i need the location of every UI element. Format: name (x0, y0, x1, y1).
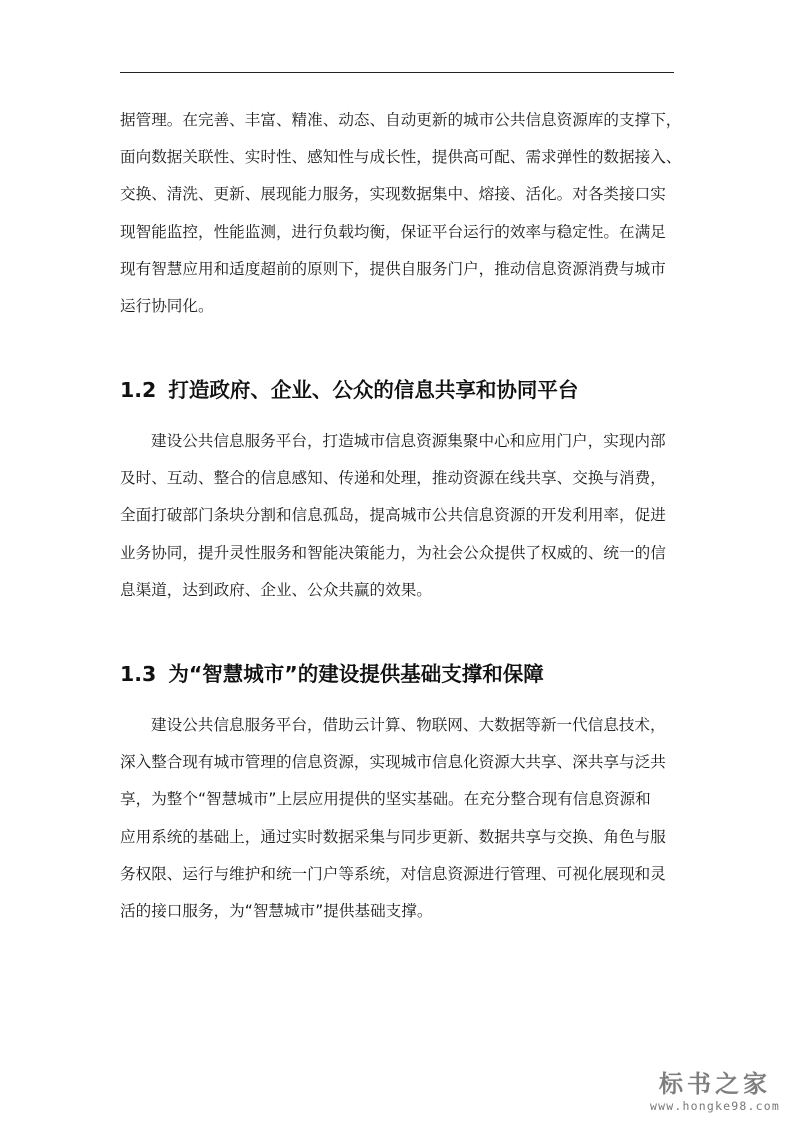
section-number: 1.2 (120, 378, 156, 402)
watermark-url: www.hongke98.com (640, 1098, 790, 1114)
text-line: 业务协同，提升灵性服务和智能决策能力，为社会公众提供了权威的、统一的信 (120, 535, 676, 572)
text-line: 现智能监控，性能监测，进行负载均衡，保证平台运行的效率与稳定性。在满足 (120, 214, 676, 251)
text-line: 及时、互动、整合的信息感知、传递和处理，推动资源在线共享、交换与消费， (120, 460, 676, 497)
text-line: 建设公共信息服务平台，借助云计算、物联网、大数据等新一代信息技术， (120, 707, 676, 744)
text-line: 息渠道，达到政府、企业、公众共赢的效果。 (120, 572, 676, 609)
section-heading-1-3: 1.3为“智慧城市”的建设提供基础支撑和保障 (120, 657, 544, 687)
text-line: 现有智慧应用和适度超前的原则下，提供自服务门户，推动信息资源消费与城市 (120, 251, 676, 288)
text-line: 活的接口服务，为“智慧城市”提供基础支撑。 (120, 893, 676, 930)
text-line: 建设公共信息服务平台，打造城市信息资源集聚中心和应用门户，实现内部 (120, 423, 676, 460)
section-title: 为“智慧城市”的建设提供基础支撑和保障 (168, 662, 543, 686)
section-number: 1.3 (120, 662, 156, 686)
watermark-title: 标书之家 (640, 1070, 790, 1098)
header-rule (120, 72, 674, 73)
text-line: 务权限、运行与维护和统一门户等系统，对信息资源进行管理、可视化展现和灵 (120, 856, 676, 893)
section-heading-1-2: 1.2打造政府、企业、公众的信息共享和协同平台 (120, 373, 578, 403)
text-line: 应用系统的基础上，通过实时数据采集与同步更新、数据共享与交换、角色与服 (120, 819, 676, 856)
section-1-2-body: 建设公共信息服务平台，打造城市信息资源集聚中心和应用门户，实现内部 及时、互动、… (120, 423, 676, 609)
watermark-logo: 标书之家 www.hongke98.com (640, 1070, 790, 1114)
text-line: 据管理。在完善、丰富、精准、动态、自动更新的城市公共信息资源库的支撑下， (120, 102, 676, 139)
text-line: 享，为整个“智慧城市”上层应用提供的坚实基础。在充分整合现有信息资源和 (120, 781, 676, 818)
text-line: 全面打破部门条块分割和信息孤岛，提高城市公共信息资源的开发利用率，促进 (120, 497, 676, 534)
text-line: 深入整合现有城市管理的信息资源，实现城市信息化资源大共享、深共享与泛共 (120, 744, 676, 781)
text-line: 运行协同化。 (120, 288, 676, 325)
section-title: 打造政府、企业、公众的信息共享和协同平台 (168, 378, 578, 402)
section-1-3-body: 建设公共信息服务平台，借助云计算、物联网、大数据等新一代信息技术， 深入整合现有… (120, 707, 676, 930)
text-line: 面向数据关联性、实时性、感知性与成长性，提供高可配、需求弹性的数据接入、 (120, 139, 676, 176)
paragraph-continued: 据管理。在完善、丰富、精准、动态、自动更新的城市公共信息资源库的支撑下， 面向数… (120, 102, 676, 325)
text-line: 交换、清洗、更新、展现能力服务，实现数据集中、熔接、活化。对各类接口实 (120, 176, 676, 213)
